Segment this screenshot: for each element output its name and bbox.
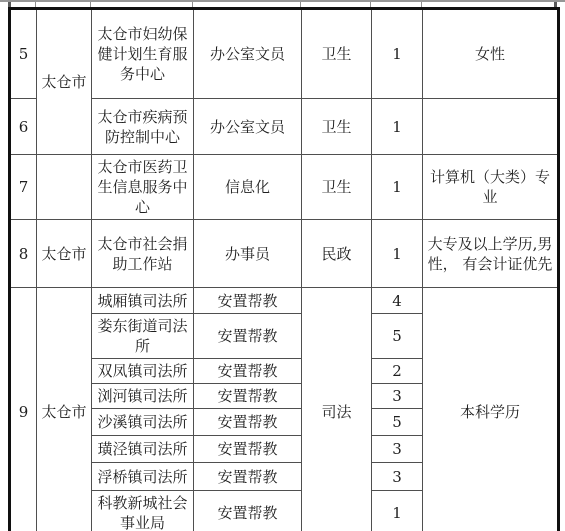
- cell-headcount: 3: [372, 436, 423, 463]
- cell-organization: 浮桥镇司法所: [92, 463, 194, 491]
- cell-category: 卫生: [302, 155, 372, 220]
- cell-position: 安置帮教: [194, 314, 302, 359]
- cell-category: 卫生: [302, 99, 372, 155]
- cell-organization: 娄东街道司法所: [92, 314, 194, 359]
- cell-organization: 城厢镇司法所: [92, 288, 194, 314]
- table-row: 7 太仓市医药卫生信息服务中心 信息化 卫生 1 计算机（大类）专业: [10, 155, 559, 220]
- cell-position: 安置帮教: [194, 463, 302, 491]
- table-row: 6 太仓市疾病预防控制中心 办公室文员 卫生 1: [10, 99, 559, 155]
- table-row: 8 太仓市 太仓市社会捐助工作站 办事员 民政 1 大专及以上学历,男性， 有会…: [10, 220, 559, 288]
- cell-position: 办事员: [194, 220, 302, 288]
- cell-headcount: 3: [372, 463, 423, 491]
- cell-city: 太仓市: [37, 9, 92, 155]
- cell-city: 太仓市: [37, 220, 92, 288]
- cell-organization: 太仓市疾病预防控制中心: [92, 99, 194, 155]
- cell-organization: 沙溪镇司法所: [92, 409, 194, 436]
- cell-headcount: 2: [372, 359, 423, 384]
- cell-headcount: 5: [372, 409, 423, 436]
- cell-headcount: 3: [372, 384, 423, 409]
- cell-category: 司法: [302, 288, 372, 531]
- cell-headcount: 1: [372, 9, 423, 99]
- table-row: 9 太仓市 城厢镇司法所 安置帮教 司法 4 本科学历: [10, 288, 559, 314]
- cell-position: 办公室文员: [194, 99, 302, 155]
- cell-headcount: 1: [372, 491, 423, 531]
- cell-requirement: [423, 99, 559, 155]
- cell-position: 安置帮教: [194, 491, 302, 531]
- cell-serial-number: 7: [10, 155, 37, 220]
- cell-city: [37, 155, 92, 220]
- cell-headcount: 1: [372, 220, 423, 288]
- cell-headcount: 4: [372, 288, 423, 314]
- cell-category: 卫生: [302, 9, 372, 99]
- cell-organization: 太仓市妇幼保健计划生育服务中心: [92, 9, 194, 99]
- cell-organization: 浏河镇司法所: [92, 384, 194, 409]
- cell-category: 民政: [302, 220, 372, 288]
- cell-serial-number: 5: [10, 9, 37, 99]
- table-row: 5 太仓市 太仓市妇幼保健计划生育服务中心 办公室文员 卫生 1 女性: [10, 9, 559, 99]
- cell-headcount: 5: [372, 314, 423, 359]
- cell-headcount: 1: [372, 99, 423, 155]
- cell-organization: 太仓市医药卫生信息服务中心: [92, 155, 194, 220]
- cell-serial-number: 6: [10, 99, 37, 155]
- cell-city: 太仓市: [37, 288, 92, 531]
- cell-organization: 双凤镇司法所: [92, 359, 194, 384]
- cell-requirement: 本科学历: [423, 288, 559, 531]
- cell-organization: 璜泾镇司法所: [92, 436, 194, 463]
- cell-headcount: 1: [372, 155, 423, 220]
- document-page: 5 太仓市 太仓市妇幼保健计划生育服务中心 办公室文员 卫生 1 女性 6 太仓…: [0, 0, 565, 531]
- cell-organization: 太仓市社会捐助工作站: [92, 220, 194, 288]
- cell-position: 安置帮教: [194, 288, 302, 314]
- cell-requirement: 大专及以上学历,男性， 有会计证优先: [423, 220, 559, 288]
- cell-organization: 科教新城社会事业局: [92, 491, 194, 531]
- cell-position: 安置帮教: [194, 409, 302, 436]
- cell-requirement: 计算机（大类）专业: [423, 155, 559, 220]
- cell-position: 安置帮教: [194, 384, 302, 409]
- cell-requirement: 女性: [423, 9, 559, 99]
- cell-serial-number: 8: [10, 220, 37, 288]
- cell-position: 安置帮教: [194, 436, 302, 463]
- cell-position: 信息化: [194, 155, 302, 220]
- cell-position: 安置帮教: [194, 359, 302, 384]
- cell-serial-number: 9: [10, 288, 37, 531]
- cell-position: 办公室文员: [194, 9, 302, 99]
- recruitment-table: 5 太仓市 太仓市妇幼保健计划生育服务中心 办公室文员 卫生 1 女性 6 太仓…: [8, 7, 560, 531]
- top-crop-line: [0, 0, 565, 2]
